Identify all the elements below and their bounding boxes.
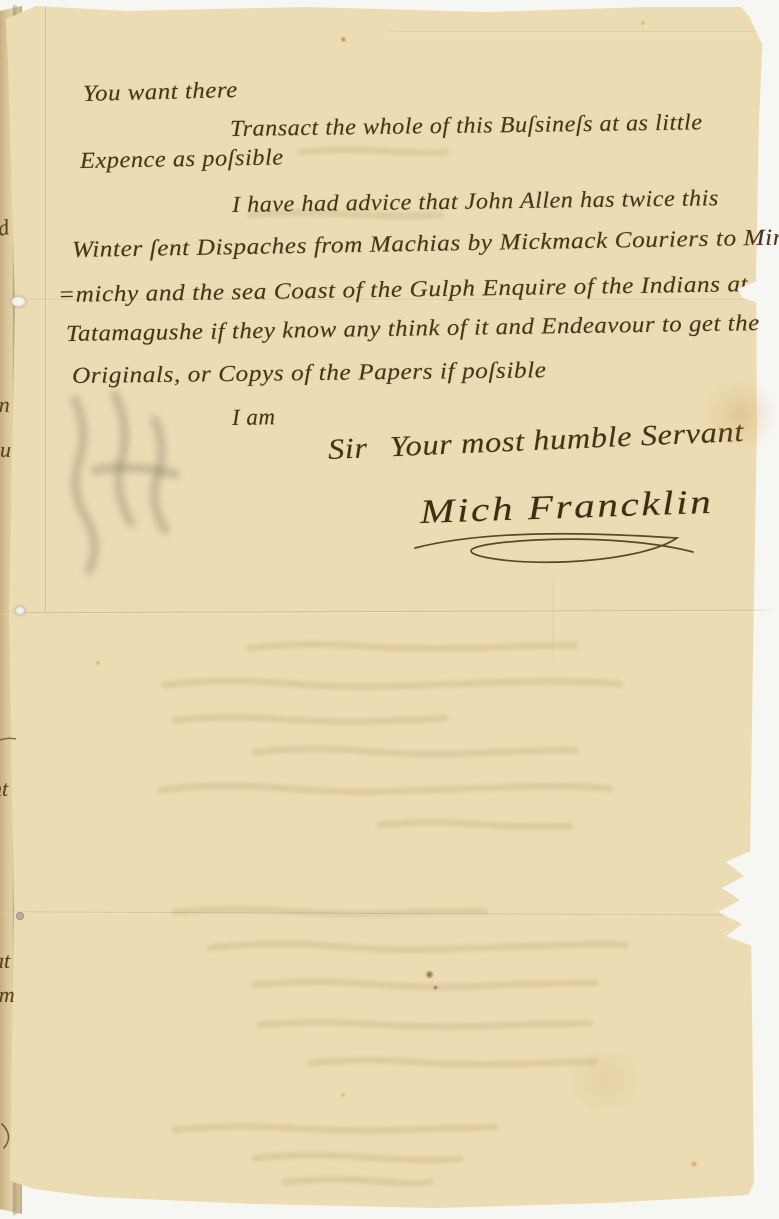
edge-fragment: at (0, 948, 10, 974)
paper-hole-middle (15, 606, 25, 615)
paper-hole-upper (11, 296, 26, 307)
letter-line: You want there (83, 77, 238, 107)
signature-flourish (405, 522, 705, 572)
fold-line-top (380, 31, 779, 32)
scanned-letter-page: You want there Transact the whole of thi… (0, 0, 779, 1219)
edge-fragment: nt (0, 776, 8, 802)
letter-line: Expence as poſsible (80, 144, 284, 174)
edge-fragment-stroke (0, 735, 18, 745)
edge-fragment: en (0, 392, 10, 418)
closing-salutation: Sir (327, 432, 368, 466)
edge-fragment-curve (0, 1122, 16, 1150)
letter-line: I am (232, 404, 276, 431)
paper-spot-lower (16, 912, 24, 920)
closing-gap (368, 456, 390, 457)
edge-fragment: em (0, 982, 15, 1008)
crease-vertical-left (45, 6, 46, 612)
crease-vertical-center (553, 580, 554, 660)
edge-fragment: ou (0, 437, 11, 463)
